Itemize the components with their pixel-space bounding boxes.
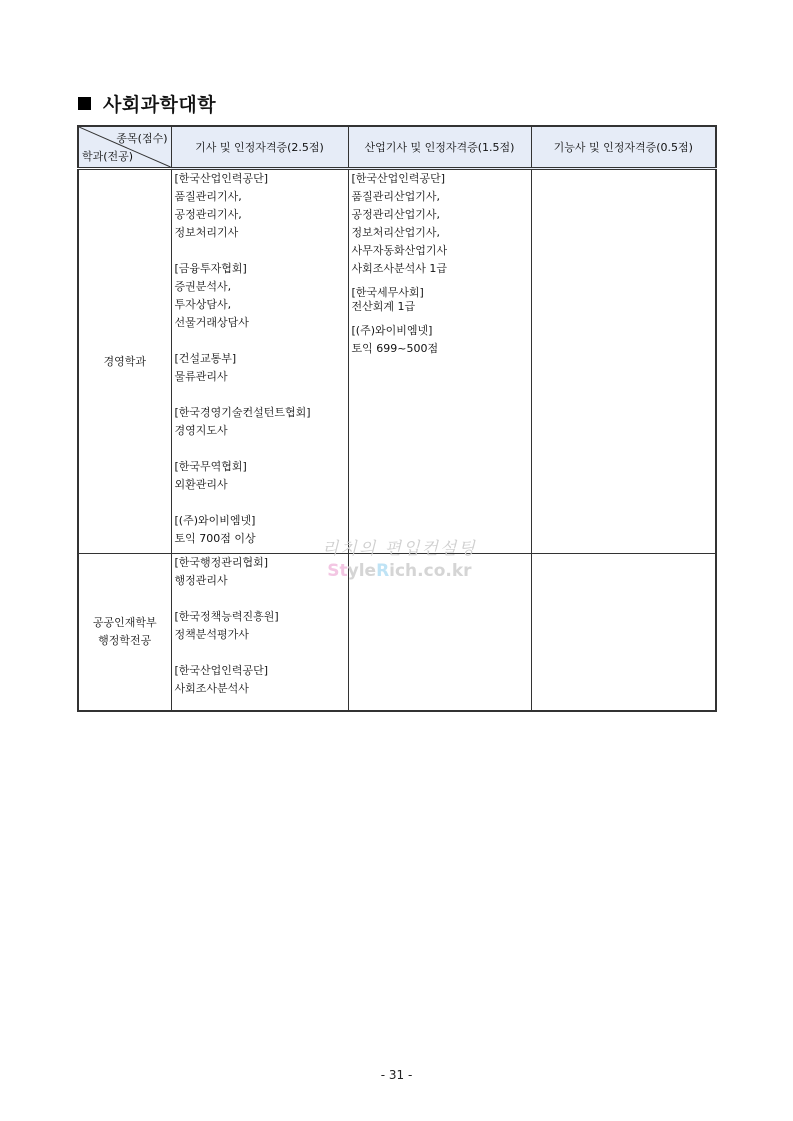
- cert-item: 외환관리사: [175, 476, 345, 494]
- square-bullet-icon: [78, 97, 91, 110]
- section-title: 사회과학대학: [78, 90, 216, 117]
- cert-org: [한국정책능력진흥원]: [175, 608, 345, 626]
- cert-org: [한국산업인력공단]: [175, 662, 345, 680]
- engineer-cert-cell: [한국행정관리협회]행정관리사 [한국정책능력진흥원]정책분석평가사 [한국산업…: [171, 554, 348, 711]
- corner-header: 종목(점수) 학과(전공): [78, 126, 171, 169]
- cert-org: [금융투자협회]: [175, 260, 345, 278]
- cert-org: [(주)와이비엠넷]: [352, 322, 528, 340]
- cert-item: 공정관리산업기사,: [352, 206, 528, 224]
- department-name: 경영학과: [79, 353, 171, 371]
- cert-item: 토익 700점 이상: [175, 530, 345, 548]
- cert-item: 전산회계 1급: [352, 300, 528, 314]
- department-cell: 경영학과: [78, 169, 171, 554]
- cert-item: 물류관리사: [175, 368, 345, 386]
- department-cell: 공공인재학부 행정학전공: [78, 554, 171, 711]
- column-header-industrial-engineer: 산업기사 및 인정자격증(1.5점): [348, 126, 531, 169]
- column-header-engineer: 기사 및 인정자격증(2.5점): [171, 126, 348, 169]
- cert-item: 사무자동화산업기사: [352, 242, 528, 260]
- cert-org: [한국세무사회]: [352, 286, 528, 300]
- cert-org: [한국산업인력공단]: [352, 170, 528, 188]
- department-name: 공공인재학부: [79, 614, 171, 632]
- cert-item: 공정관리기사,: [175, 206, 345, 224]
- cert-item: 행정관리사: [175, 572, 345, 590]
- cert-item: 품질관리산업기사,: [352, 188, 528, 206]
- cert-item: 투자상담사,: [175, 296, 345, 314]
- cert-org: [한국행정관리협회]: [175, 554, 345, 572]
- corner-label-department: 학과(전공): [82, 148, 133, 164]
- craftsman-cert-cell: [531, 554, 716, 711]
- cert-item: 정책분석평가사: [175, 626, 345, 644]
- cert-item: 토익 699~500점: [352, 340, 528, 358]
- cert-item: 경영지도사: [175, 422, 345, 440]
- industrial-engineer-cert-cell: [한국산업인력공단]품질관리산업기사,공정관리산업기사,정보처리산업기사,사무자…: [348, 169, 531, 554]
- cert-item: 정보처리산업기사,: [352, 224, 528, 242]
- department-major: 행정학전공: [79, 632, 171, 650]
- cert-item: 품질관리기사,: [175, 188, 345, 206]
- cert-org: [건설교통부]: [175, 350, 345, 368]
- certification-table: 종목(점수) 학과(전공) 기사 및 인정자격증(2.5점) 산업기사 및 인정…: [77, 125, 717, 712]
- industrial-engineer-cert-cell: [348, 554, 531, 711]
- cert-item: 증권분석사,: [175, 278, 345, 296]
- cert-org: [(주)와이비엠넷]: [175, 512, 345, 530]
- engineer-cert-cell: [한국산업인력공단]품질관리기사,공정관리기사,정보처리기사 [금융투자협회]증…: [171, 169, 348, 554]
- craftsman-cert-cell: [531, 169, 716, 554]
- cert-item: 사회조사분석사: [175, 680, 345, 698]
- cert-org: [한국경영기술컨설턴트협회]: [175, 404, 345, 422]
- column-header-craftsman: 기능사 및 인정자격증(0.5점): [531, 126, 716, 169]
- section-title-text: 사회과학대학: [103, 90, 216, 117]
- table-row: 공공인재학부 행정학전공 [한국행정관리협회]행정관리사 [한국정책능력진흥원]…: [78, 554, 716, 711]
- table-row: 경영학과 [한국산업인력공단]품질관리기사,공정관리기사,정보처리기사 [금융투…: [78, 169, 716, 554]
- cert-item: 정보처리기사: [175, 224, 345, 242]
- cert-org: [한국무역협회]: [175, 458, 345, 476]
- corner-label-category: 종목(점수): [116, 130, 167, 146]
- cert-org: [한국산업인력공단]: [175, 170, 345, 188]
- page-number: - 31 -: [0, 1068, 793, 1082]
- cert-item: 사회조사분석사 1급: [352, 260, 528, 278]
- cert-item: 선물거래상담사: [175, 314, 345, 332]
